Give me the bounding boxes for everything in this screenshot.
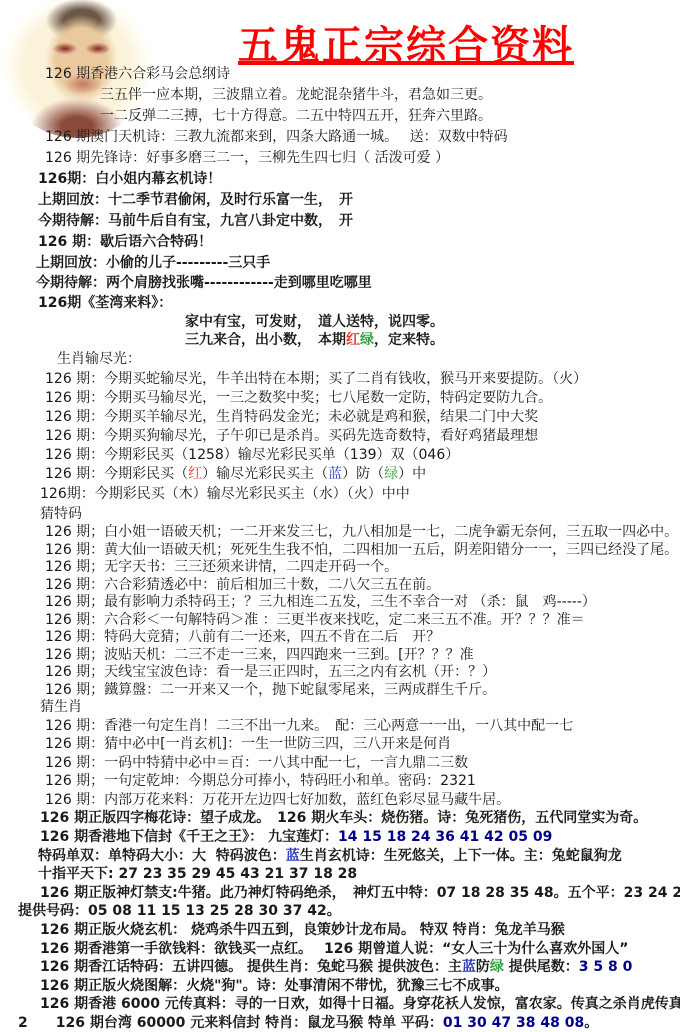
text-segment: 126 期：猜中必中[一肖玄机]：一生一世防三四，三八开来是何肖 — [45, 736, 451, 752]
text-line: 上期回放：十二季节君偷闲，及时行乐富一生， 开 — [0, 190, 680, 211]
text-line: 126 期澳门天机诗：三教九流都来到，四条大路通一城。 送：双数中特码 — [0, 127, 680, 148]
text-segment: 126 期：六合彩＜一句解特码＞准 ：三更半夜来找吃，定二来三五不准。开？？？准… — [45, 612, 585, 628]
colored-text-segment: 蓝 — [328, 466, 342, 482]
page-title: 五鬼正宗综合资料 — [238, 14, 574, 71]
text-line: 126 期：六合彩＜一句解特码＞准 ：三更半夜来找吃，定二来三五不准。开？？？准… — [0, 612, 680, 630]
text-line: 126 期：今期买狗输尽光，子午卯已是杀肖。买码先选奇数特，看好鸡猪最理想 — [0, 427, 680, 446]
text-segment: 126 期；天线宝宝波色诗：看一是三正四时，五三之内有玄机（开：？） — [45, 664, 496, 680]
text-body: 126 期香港六合彩马会总纲诗三五伴一应本期，三波鼎立着。龙蛇混杂猪牛斗，君急如… — [0, 64, 680, 1032]
text-segment: 126 期：六合彩猜透必中：前后相加三十数，二八欠三五在前。 — [45, 577, 440, 593]
colored-text-segment: 蓝 — [286, 848, 300, 864]
text-segment: 126 期：特码大竞猜；八前有二一还来，四五不肯在二后 开？ — [45, 629, 440, 645]
text-line: 126 期；天线宝宝波色诗：看一是三正四时，五三之内有玄机（开：？） — [0, 664, 680, 682]
text-line: 126 期：一码中特猜中必中＝百：一八其中配一七，一言九鼎二三数 — [0, 754, 680, 773]
text-segment: 提供尾数： — [504, 959, 579, 975]
text-line: 126 期香港 6000 元传真料：寻的一日欢，如得十日福。身穿花袄人发惊，富农… — [0, 995, 680, 1014]
text-line: 特码单双：单特码大小：大 特码波色：蓝生肖玄机诗：生死悠关，上下一体。主：兔蛇鼠… — [0, 847, 680, 866]
text-segment: 126 期先锋诗：好事多磨三二一，三柳先生四七归（ 活泼可爱 ） — [45, 150, 449, 166]
text-line: 126 期：今期买蛇输尽光，牛羊出特在本期；买了二肖有钱收，猴马开来要提防。（火… — [0, 370, 680, 389]
text-line: 126 期香港第一手欲钱料：欲钱买一点红。 126 期曾道人说：“女人三十为什么… — [0, 940, 680, 959]
text-line: 一二反弹二三搏，七十方得意。二五中特四五开，狂奔六里路。 — [0, 106, 680, 127]
text-segment: ）防（ — [342, 466, 384, 482]
text-line: 126 期：内部万花来料：万花开左边四七好加数，蓝红色彩尽显马藏牛居。 — [0, 791, 680, 810]
text-segment: 126 期正版四字梅花诗：望子成龙。 126 期火车头：烧伤猪。诗：兔死猪伤，五… — [40, 810, 647, 826]
text-segment: ，定来特。 — [374, 332, 444, 348]
text-segment: 十指平天下: 27 23 35 29 45 43 21 37 18 28 — [38, 866, 357, 882]
text-line: 提供号码：05 08 11 15 13 25 28 30 37 42。 — [0, 902, 680, 921]
text-segment: 126 期香江话特码：五讲四德。 提供生肖：兔蛇马猴 提供波色：主 — [40, 959, 462, 975]
text-line: 126 期；最有影响力杀特码王；？三九相连二五发，三生不幸合一对 （杀：鼠 鸡-… — [0, 594, 680, 612]
text-line: 三五伴一应本期，三波鼎立着。龙蛇混杂猪牛斗，君急如三更。 — [0, 85, 680, 106]
colored-text-segment: 红 — [346, 332, 360, 348]
page: { "page": { "title": "五鬼正宗综合资料" }, "colo… — [0, 0, 680, 1032]
text-segment: 生肖玄机诗：生死悠关，上下一体。主：兔蛇鼠狗龙 — [300, 848, 622, 864]
text-segment: 提供号码：05 08 11 15 13 25 28 30 37 42。 — [18, 903, 341, 919]
text-line: 十指平天下: 27 23 35 29 45 43 21 37 18 28 — [0, 865, 680, 884]
text-line: 126 期：今期彩民买（红）输尽光彩民买主（蓝）防（绿）中 — [0, 465, 680, 484]
text-line: 126 期；白小姐一语破天机；一二开来发三七，九八相加是一七，二虎争霸无奈何，三… — [0, 524, 680, 542]
text-segment: 126 期；一句定乾坤：今期总分可捧小，特码旺小和单。密码：2321 — [45, 773, 476, 789]
text-segment: 上期回放：小偷的儿子---------三只手 — [36, 255, 270, 271]
text-line: 126 期正版火烧玄机： 烧鸡杀牛四五到，良策妙计龙布局。 特双 特肖：兔龙羊马… — [0, 921, 680, 940]
text-segment: 特码单双：单特码大小：大 特码波色： — [38, 848, 286, 864]
text-line: 上期回放：小偷的儿子---------三只手 — [0, 253, 680, 273]
text-segment: 今期待解：马前牛后自有宝，九宫八卦定中数， 开 — [38, 213, 353, 229]
text-segment: 上期回放：十二季节君偷闲，及时行乐富一生， 开 — [38, 192, 353, 208]
colored-text-segment: 3 5 8 0 — [579, 959, 633, 975]
text-segment: 126 期；鐵算盤：二一开来又一个，抛下蛇鼠零尾来，三两成群生千斤。 — [45, 682, 496, 698]
text-segment: 126期：今期彩民买（木）输尽光彩民买主（水）（火）中中 — [40, 486, 410, 502]
text-segment: 126 期正版火烧玄机： 烧鸡杀牛四五到，良策妙计龙布局。 特双 特肖：兔龙羊马… — [40, 922, 565, 938]
text-line: 今期待解：两个肩膀找张嘴------------走到哪里吃哪里 — [0, 273, 680, 293]
text-segment: 126 期：今期彩民买（ — [45, 466, 188, 482]
text-line: 126 期香港六合彩马会总纲诗 — [0, 64, 680, 85]
text-segment: 。 — [584, 1015, 598, 1031]
text-segment: 126 期香港第一手欲钱料：欲钱买一点红。 126 期曾道人说：“女人三十为什么… — [40, 941, 628, 957]
text-segment: 126 期香港六合彩马会总纲诗 — [45, 66, 230, 82]
text-segment: 今期待解：两个肩膀找张嘴------------走到哪里吃哪里 — [36, 275, 372, 291]
text-segment: 猜特码 — [40, 506, 82, 522]
text-segment: 126 期；波贴天机：二三不走一三来，四四跑来一三到。[开？？？准 — [45, 647, 474, 663]
text-line: 猜特码 — [0, 504, 680, 524]
text-segment: 126 期；最有影响力杀特码王；？三九相连二五发，三生不幸合一对 （杀：鼠 鸡-… — [45, 594, 596, 610]
colored-text-segment: 01 30 47 38 48 08 — [443, 1015, 584, 1031]
text-line: 126 期正版神灯禁支:牛猪。此乃神灯特码绝杀， 神灯五中特：07 18 28 … — [0, 884, 680, 903]
text-segment: 126 期香港 6000 元传真料：寻的一日欢，如得十日福。身穿花袄人发惊，富农… — [40, 996, 680, 1012]
text-segment: 126 期：今期买蛇输尽光，牛羊出特在本期；买了二肖有钱收，猴马开来要提防。（火… — [45, 371, 587, 387]
text-line: 126期：白小姐内幕玄机诗！ — [0, 169, 680, 190]
text-line: 家中有宝，可发财， 道人送特，说四零。 — [0, 313, 680, 332]
text-segment: 126 期：今期买狗输尽光，子午卯已是杀肖。买码先选奇数特，看好鸡猪最理想 — [45, 428, 538, 444]
text-line: 126 期；波贴天机：二三不走一三来，四四跑来一三到。[开？？？准 — [0, 647, 680, 665]
text-line: 126 期：香港一句定生肖！二三不出一九来。 配：三心两意一一出，一八其中配一七 — [0, 717, 680, 736]
text-line: 126 期：今期买羊输尽光，生肖特码发金光；未必就是鸡和猴，结果二门中大奖 — [0, 408, 680, 427]
text-line: 126 期：猜中必中[一肖玄机]：一生一世防三四，三八开来是何肖 — [0, 735, 680, 754]
text-line: 126 期香港地下信封《千王之王》： 九宝莲灯：14 15 18 24 36 4… — [0, 828, 680, 847]
text-line: 126 期正版四字梅花诗：望子成龙。 126 期火车头：烧伤猪。诗：兔死猪伤，五… — [0, 809, 680, 828]
text-segment: 猜生肖 — [40, 699, 82, 715]
text-segment: 126 期香港地下信封《千王之王》： 九宝莲灯： — [40, 829, 338, 845]
text-line: 126 期；鐵算盤：二一开来又一个，抛下蛇鼠零尾来，三两成群生千斤。 — [0, 682, 680, 700]
text-segment: 126 期澳门天机诗：三教九流都来到，四条大路通一城。 送：双数中特码 — [45, 129, 508, 145]
text-line: 126 期：六合彩猜透必中：前后相加三十数，二八欠三五在前。 — [0, 577, 680, 595]
text-segment: 126期：白小姐内幕玄机诗！ — [38, 171, 221, 187]
text-line: 126 期：今期买马输尽光，一三之数奖中奖；七八尾数一定防，特码定要防九合。 — [0, 389, 680, 408]
colored-text-segment: 14 15 18 24 36 41 42 05 09 — [338, 829, 552, 845]
text-segment: 126期《荃湾来料》： — [38, 295, 172, 311]
text-segment: 126 期：今期买马输尽光，一三之数奖中奖；七八尾数一定防，特码定要防九合。 — [45, 390, 552, 406]
text-line: 126 期正版火烧图解：火烧"狗"。诗：处事清闲不带忧，犹豫三七不成事。 — [0, 977, 680, 996]
colored-text-segment: 绿 — [360, 332, 374, 348]
colored-text-segment: 红 — [188, 466, 202, 482]
text-line: 126 期：特码大竞猜；八前有二一还来，四五不肯在二后 开？ — [0, 629, 680, 647]
text-line: 猜生肖 — [0, 699, 680, 717]
colored-text-segment: 绿 — [490, 959, 504, 975]
colored-text-segment: 绿 — [384, 466, 398, 482]
text-segment: 126 期正版火烧图解：火烧"狗"。诗：处事清闲不带忧，犹豫三七不成事。 — [40, 978, 509, 994]
text-segment: 三九来合，出小数， 本期 — [185, 332, 346, 348]
colored-text-segment: 蓝 — [462, 959, 476, 975]
text-line: 126 期：黄大仙一语破天机；死死生生我不怕，二四相加一五后，阴差阳错分一一，三… — [0, 542, 680, 560]
text-segment: 防 — [476, 959, 490, 975]
text-segment: 126 期：内部万花来料：万花开左边四七好加数，蓝红色彩尽显马藏牛居。 — [45, 792, 510, 808]
text-segment: 126 期：今期买羊输尽光，生肖特码发金光；未必就是鸡和猴，结果二门中大奖 — [45, 409, 538, 425]
text-line: 126期：今期彩民买（木）输尽光彩民买主（水）（火）中中 — [0, 484, 680, 504]
text-segment: 126 期：黄大仙一语破天机；死死生生我不怕，二四相加一五后，阴差阳错分一一，三… — [45, 542, 678, 558]
text-segment: ）中 — [398, 466, 426, 482]
text-line: 126 期；一句定乾坤：今期总分可捧小，特码旺小和单。密码：2321 — [0, 772, 680, 791]
text-line: 126 期：歇后语六合特码！ — [0, 232, 680, 253]
text-line: 126 期：今期彩民买（1258）输尽光彩民买单（139）双（046） — [0, 446, 680, 465]
text-line: 126期《荃湾来料》： — [0, 293, 680, 313]
text-line: 生肖输尽光： — [0, 349, 680, 370]
text-segment: 生肖输尽光： — [57, 351, 141, 367]
text-line: 126 期；无字天书：三三还须来讲情，二四走开码一个。 — [0, 559, 680, 577]
text-segment: 126 期：歇后语六合特码！ — [38, 234, 212, 250]
text-line: 三九来合，出小数， 本期红绿，定来特。 — [0, 332, 680, 349]
text-line: 今期待解：马前牛后自有宝，九宫八卦定中数， 开 — [0, 211, 680, 232]
text-segment: 126 期；白小姐一语破天机；一二开来发三七，九八相加是一七，二虎争霸无奈何，三… — [45, 524, 678, 540]
text-segment: 126 期：一码中特猜中必中＝百：一八其中配一七，一言九鼎二三数 — [45, 755, 468, 771]
text-segment: 126 期：香港一句定生肖！二三不出一九来。 配：三心两意一一出，一八其中配一七 — [45, 718, 573, 734]
text-segment: 家中有宝，可发财， 道人送特，说四零。 — [185, 314, 444, 330]
text-segment: 一二反弹二三搏，七十方得意。二五中特四五开，狂奔六里路。 — [100, 108, 492, 124]
text-segment: 126 期正版神灯禁支:牛猪。此乃神灯特码绝杀， 神灯五中特：07 18 28 … — [40, 885, 680, 901]
text-line: 126 期先锋诗：好事多磨三二一，三柳先生四七归（ 活泼可爱 ） — [0, 148, 680, 169]
text-line: 126 期香江话特码：五讲四德。 提供生肖：兔蛇马猴 提供波色：主蓝防绿 提供尾… — [0, 958, 680, 977]
text-segment: 126 期；无字天书：三三还须来讲情，二四走开码一个。 — [45, 559, 398, 575]
text-segment: 126 期：今期彩民买（1258）输尽光彩民买单（139）双（046） — [45, 447, 459, 463]
text-segment: 三五伴一应本期，三波鼎立着。龙蛇混杂猪牛斗，君急如三更。 — [100, 87, 492, 103]
text-line: 2 126 期台湾 60000 元来料信封 特肖：鼠龙马猴 特单 平码：01 3… — [0, 1014, 680, 1032]
text-segment: ）输尽光彩民买主（ — [202, 466, 328, 482]
text-segment: 2 126 期台湾 60000 元来料信封 特肖：鼠龙马猴 特单 平码： — [18, 1015, 443, 1031]
